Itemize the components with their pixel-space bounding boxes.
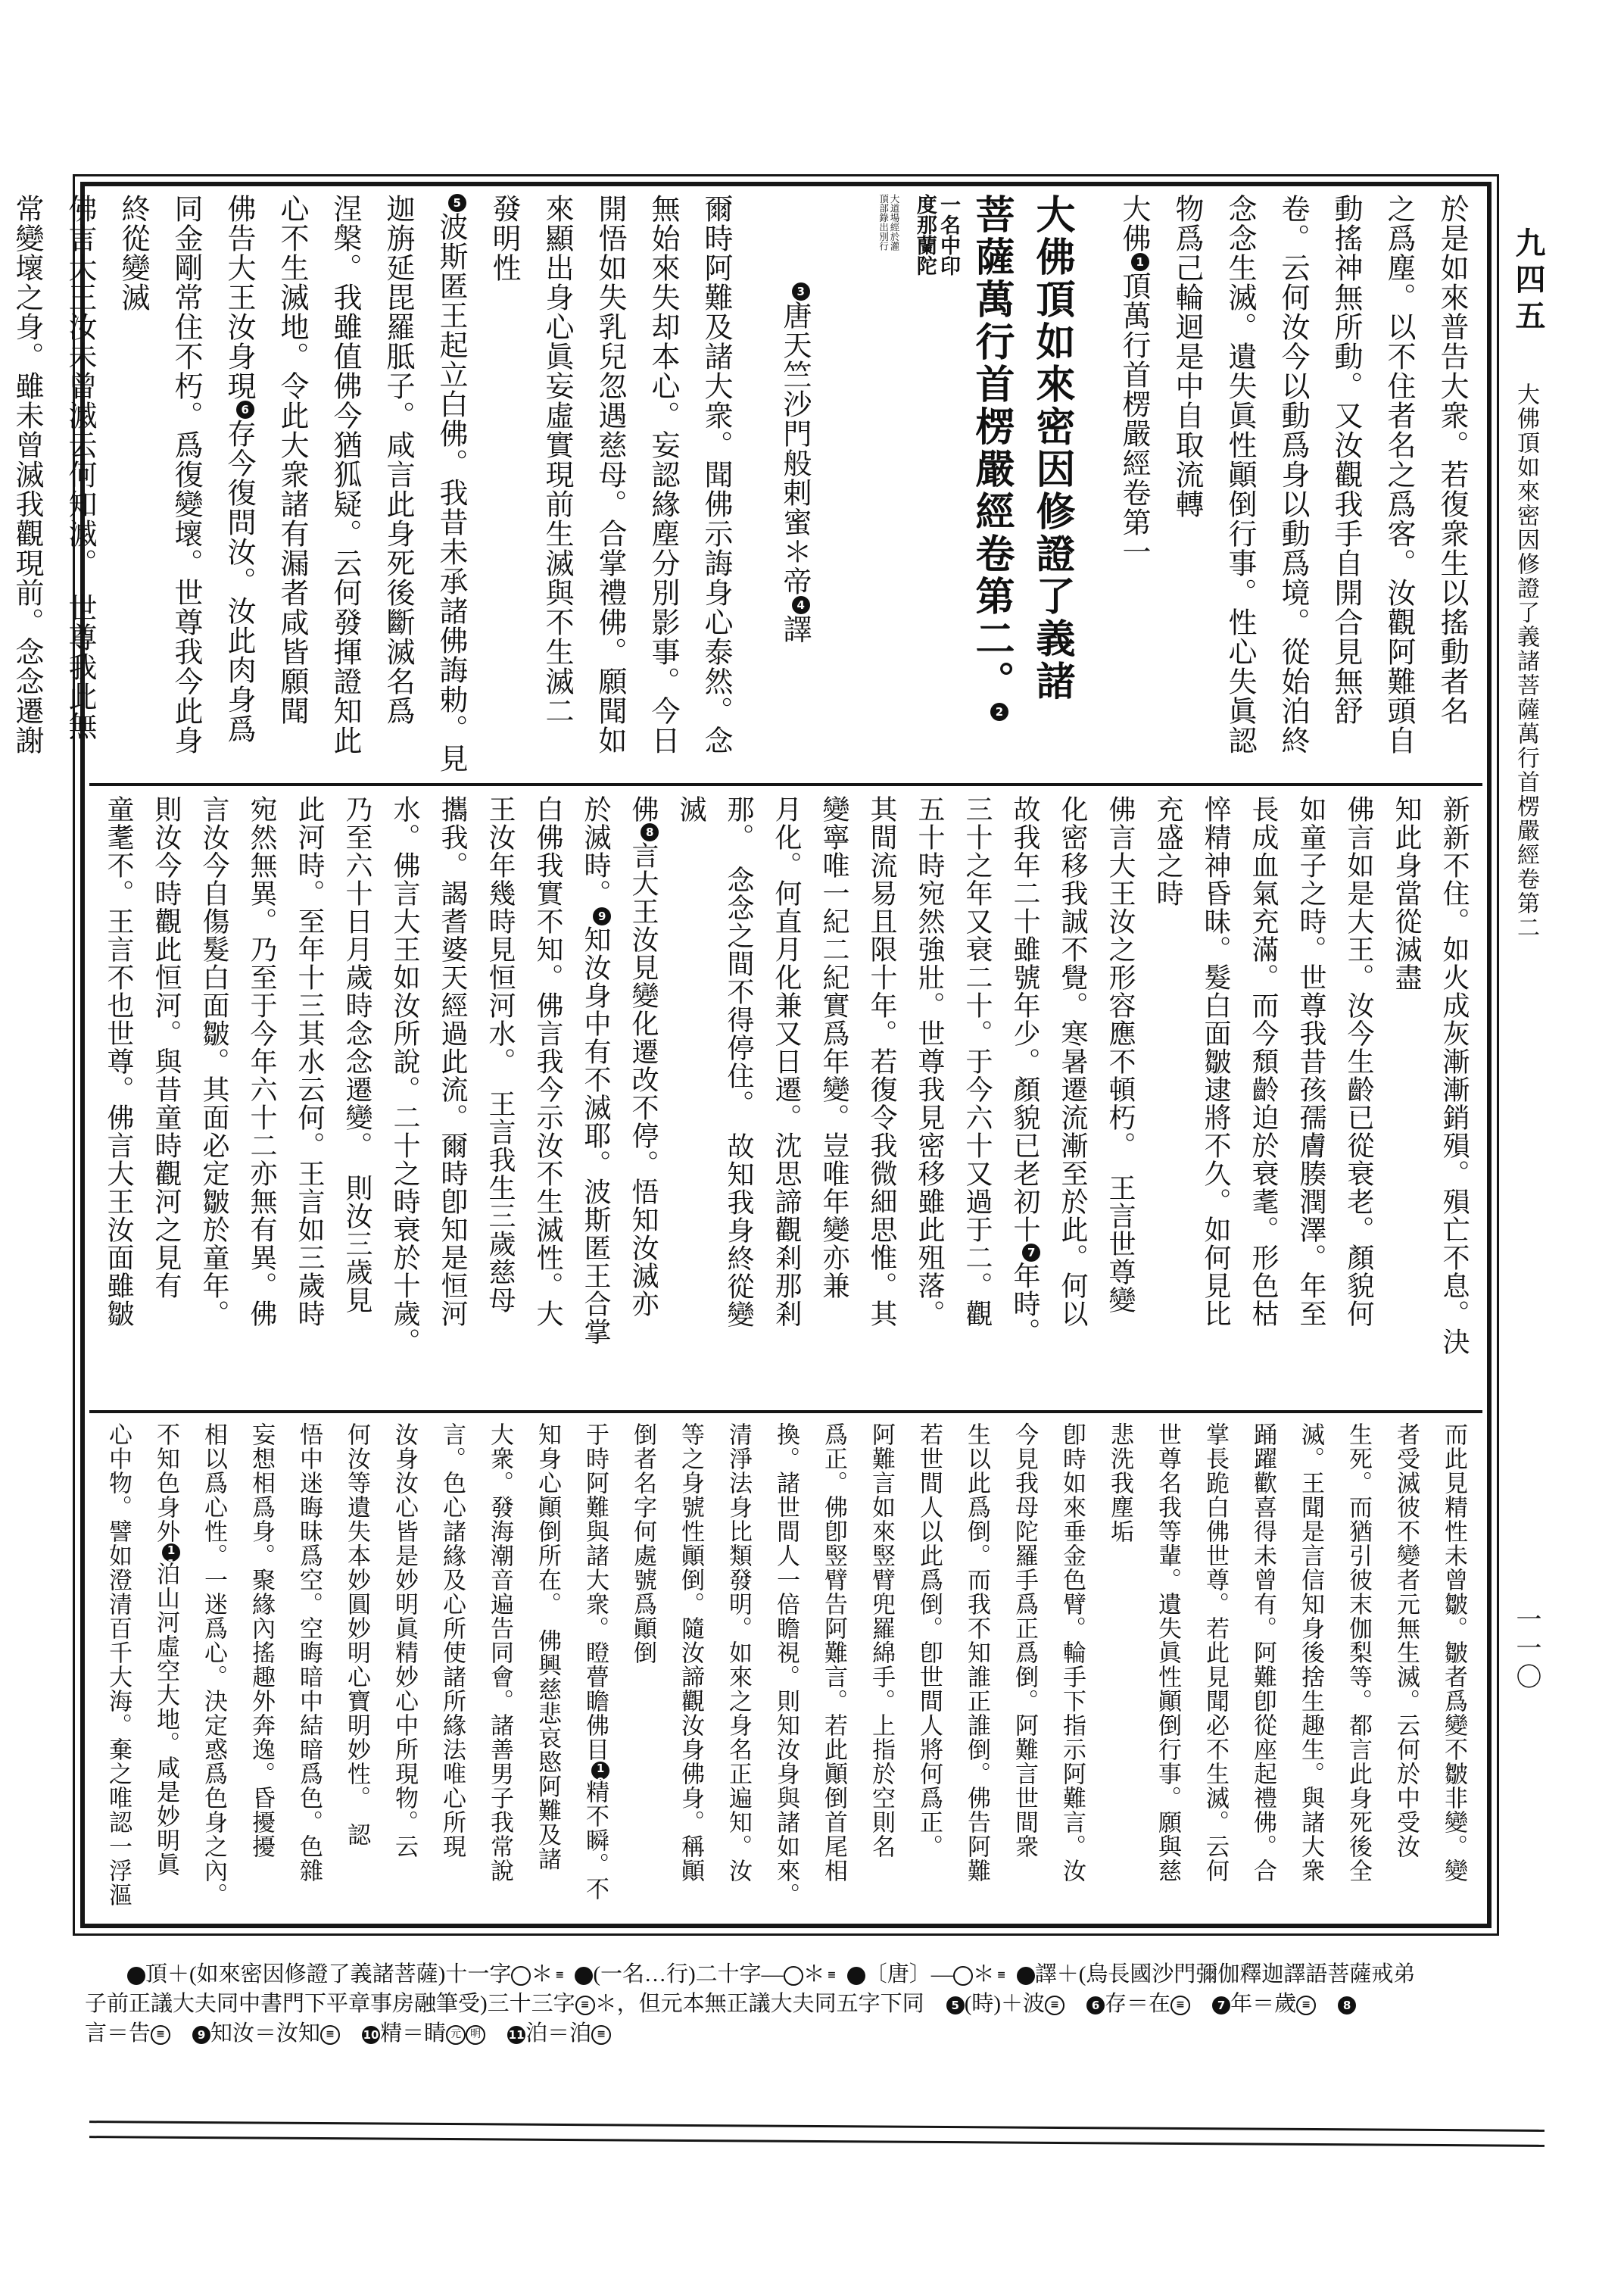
text-column: 阿難言如來竪臂兜羅綿手。上指於空則名	[858, 1422, 906, 1928]
text-column: 3唐天竺沙門般剌蜜＊帝4譯	[768, 194, 821, 782]
text-column: 三十之年又衰二十。于今六十又過于二。觀	[953, 795, 1001, 1406]
text-column: 發明性	[477, 194, 530, 782]
text-column: 念念生滅。遺失眞性顚倒行事。性心失眞認	[1213, 194, 1266, 782]
text-column: 若世間人以此爲倒。卽世間人將何爲正。	[906, 1422, 953, 1928]
footnote-marker-icon: 11	[162, 1543, 180, 1562]
editions-mark-icon: ≡	[1296, 1996, 1316, 2015]
text-column: 卽時如來垂金色臂。輪手下指示阿難言。汝	[1049, 1422, 1096, 1928]
text-frame-inner: 於是如來普告大衆。若復衆生以搖動者名之爲塵。以不住者名之爲客。汝觀阿難頭自動搖神…	[80, 182, 1492, 1928]
editions-mark-icon: ≡	[151, 2025, 170, 2045]
register-middle: 新新不住。如火成灰漸漸銷殞。殞亡不息。決知此身當從滅盡佛言如是大王。汝今生齡已從…	[95, 795, 1478, 1406]
text-column: 卷。云何汝今以動爲身以動爲境。從始泊終	[1266, 194, 1319, 782]
text-column: 生以此爲倒。而我不知誰正誰倒。佛告阿難	[953, 1422, 1001, 1928]
text-column: 知身心顚倒所在。 佛興慈悲哀愍阿難及諸	[524, 1422, 572, 1928]
text-column: 白佛我實不知。佛言我今示汝不生滅性。大	[524, 795, 572, 1406]
footnote-marker-icon: 11	[507, 2026, 525, 2044]
text-column: 生死。而猶引彼末伽梨等。都言此身死後全	[1335, 1422, 1382, 1928]
text-column: 心不生滅地。令此大衆諸有漏者咸皆願聞	[265, 194, 318, 782]
register-divider-rule	[89, 783, 1482, 786]
text-column: 5波斯匿王起立白佛。我昔未承諸佛誨勅。見	[424, 194, 477, 782]
text-column: 何汝等遺失本妙圓妙明心寶明妙性。 認	[333, 1422, 381, 1928]
text-column: 水。佛言大王如汝所說。二十之時衰於十歲。	[381, 795, 429, 1406]
text-column: 心中物。譬如澄清百千大海。棄之唯認一浮漚	[95, 1422, 142, 1928]
text-column: 大道場經於灌頂部錄出別行	[846, 194, 899, 782]
text-column: 佛言大王汝未曾滅云何知滅。 世尊我此無	[53, 194, 106, 782]
text-column: 大衆。發海潮音遍告同會。諸善男子我常說	[476, 1422, 524, 1928]
text-column: 不知色身外11泊山河虛空大地。咸是妙明眞	[142, 1422, 190, 1928]
register-bottom: 而此見精性未曾皺。皺者爲變不皺非變。變者受滅彼不變者元無生滅。云何於中受汝生死。…	[95, 1422, 1478, 1928]
text-column: 妄想相爲身。聚緣內搖趣外奔逸。昏擾擾	[238, 1422, 285, 1928]
text-column: 變寧唯一紀二紀實爲年變。豈唯年變亦兼	[810, 795, 858, 1406]
footnote-marker-icon: 10	[591, 1762, 609, 1780]
footnote-block: 1頂＋(如來密因修證了義諸菩薩)十一字≡＊ 2(一名…行)二十字―≡＊ 3〔唐〕…	[85, 1960, 1554, 2049]
register-divider-rule	[89, 1410, 1482, 1413]
text-column: 言。色心諸緣及心所使諸所緣法唯心所現	[429, 1422, 476, 1928]
footnote-marker-icon: 4	[792, 596, 810, 614]
edition-mark-icon: 元	[446, 2025, 466, 2045]
inline-annotation: 大道場經於灌頂部錄出別行	[877, 194, 899, 251]
editions-mark-icon: ≡	[575, 1996, 595, 2015]
margin-sutra-title: 大佛頂如來密因修證了義諸菩薩萬行首楞嚴經卷第二	[1509, 382, 1542, 940]
footnote-marker-icon: 7	[1022, 1244, 1040, 1262]
text-column: 化密移我誠不覺。寒暑遷流漸至於此。何以	[1049, 795, 1096, 1406]
footer-rule	[89, 2121, 1545, 2132]
text-column: 等之身號性顚倒。隨汝諦觀汝身佛身。稱顚	[667, 1422, 715, 1928]
footnote-line: 1頂＋(如來密因修證了義諸菩薩)十一字≡＊ 2(一名…行)二十字―≡＊ 3〔唐〕…	[85, 1960, 1554, 1990]
text-column: 知此身當從滅盡	[1382, 795, 1430, 1406]
footnote-marker-icon: 8	[1338, 1996, 1356, 2015]
text-column: 大佛頂如來密因修證了義諸	[1021, 194, 1081, 782]
footnote-marker-icon: 10	[362, 2026, 380, 2044]
text-column: 者受滅彼不變者元無生滅。云何於中受汝	[1382, 1422, 1430, 1928]
text-column: 相以爲心性。一迷爲心。決定惑爲色身之內。	[190, 1422, 238, 1928]
text-column: 迦旃延毘羅胝子。咸言此身死後斷滅名爲	[371, 194, 424, 782]
text-column: 佛言如是大王。汝今生齡已從衰老。顏貌何	[1335, 795, 1382, 1406]
scanned-sutra-page: { "margin": { "page_number": "九四五", "tit…	[0, 0, 1624, 2272]
text-column: 大佛1頂萬行首楞嚴經卷第一	[1107, 194, 1160, 782]
footnote-marker-icon: 6	[1086, 1996, 1105, 2015]
text-frame: 於是如來普告大衆。若復衆生以搖動者名之爲塵。以不住者名之爲客。汝觀阿難頭自動搖神…	[73, 174, 1499, 1936]
edition-mark-icon: 明	[466, 2025, 485, 2045]
footnote-line: 言＝告≡ 9知汝＝汝知≡ 10精＝睛元明 11泊＝洎≡	[85, 2019, 1554, 2049]
text-column: 悟中迷晦昧爲空。空晦暗中結暗爲色。色雜	[285, 1422, 333, 1928]
text-column: 其間流易且限十年。若復令我微細思惟。其	[858, 795, 906, 1406]
text-column: 則汝今時觀此恒河。與昔童時觀河之見有	[142, 795, 190, 1406]
text-column: 五十時宛然強壯。世尊我見密移雖此殂落。	[906, 795, 953, 1406]
text-column: 滅	[667, 795, 715, 1406]
editions-mark-icon: ≡	[1170, 1996, 1190, 2015]
text-column: 宛然無異。乃至于今年六十二亦無有異。佛	[238, 795, 285, 1406]
footnote-marker-icon: 2	[990, 703, 1008, 721]
text-column: 之爲塵。以不住者名之爲客。汝觀阿難頭自	[1372, 194, 1425, 782]
editions-mark-icon: ≡	[953, 1966, 973, 1986]
text-column: 充盛之時	[1144, 795, 1192, 1406]
text-column: 而此見精性未曾皺。皺者爲變不皺非變。變	[1430, 1422, 1478, 1928]
footnote-marker-icon: 7	[1212, 1996, 1230, 2015]
text-column: 言汝今自傷髮白面皺。其面必定皺於童年。	[190, 795, 238, 1406]
text-column: 於滅時。9知汝身中有不滅耶。波斯匿王合掌	[572, 795, 619, 1406]
text-column: 踊躍歡喜得未曾有。阿難卽從座起禮佛。合	[1239, 1422, 1287, 1928]
editions-mark-icon: ≡	[591, 2025, 611, 2045]
footnote-marker-icon: 2	[575, 1967, 593, 1985]
text-column: 于時阿難與諸大衆。瞪瞢瞻佛目10精不瞬。不	[572, 1422, 619, 1928]
text-column: 攜我。謁耆婆天經過此流。爾時卽知是恒河	[429, 795, 476, 1406]
footnote-line: 子前正議大夫同中書門下平章事房融筆受)三十三字≡＊，但元本無正議大夫同五字下同 …	[85, 1990, 1554, 2019]
footnote-marker-icon: 5	[946, 1996, 965, 2015]
footnote-marker-icon: 9	[593, 907, 611, 925]
editions-mark-icon: ≡	[1045, 1996, 1064, 2015]
text-column: 菩薩萬行首楞嚴經卷第二。2一名中印度那蘭陀	[899, 194, 1021, 782]
footnote-marker-icon: 9	[192, 2026, 210, 2044]
text-column: 佛言大王汝之形容應不頓朽。 王言世尊變	[1096, 795, 1144, 1406]
text-column: 汝身汝心皆是妙明眞精妙心中所現物。云	[381, 1422, 429, 1928]
text-column: 世尊名我等輩。遺失眞性顚倒行事。願與慈	[1144, 1422, 1192, 1928]
text-column: 如童子之時。世尊我昔孩孺膚腠潤澤。年至	[1287, 795, 1335, 1406]
text-column: 倒者名字何處號爲顚倒	[619, 1422, 667, 1928]
text-column: 於是如來普告大衆。若復衆生以搖動者名	[1425, 194, 1478, 782]
text-column: 涅槃。我雖值佛今猶狐疑。云何發揮證知此	[318, 194, 371, 782]
text-column: 月化。何直月化兼又日遷。沈思諦觀剎那剎	[762, 795, 810, 1406]
footnote-marker-icon: 6	[236, 401, 254, 419]
text-column: 故我年二十雖號年少。顏貌已老初十7年時。	[1001, 795, 1049, 1406]
text-column: 清淨法身比類發明。如來之身名正遍知。汝	[715, 1422, 762, 1928]
text-column: 佛告大王汝身現6存今復問汝。汝此肉身爲	[212, 194, 265, 782]
editions-mark-icon: ≡	[784, 1966, 803, 1986]
text-column: 童耄不。王言不也世尊。佛言大王汝面雖皺	[95, 795, 142, 1406]
register-top: 於是如來普告大衆。若復衆生以搖動者名之爲塵。以不住者名之爲客。汝觀阿難頭自動搖神…	[0, 194, 1478, 782]
footnote-marker-icon: 1	[1131, 253, 1149, 271]
text-column: 爾時阿難及諸大衆。聞佛示誨身心泰然。念	[689, 194, 742, 782]
text-column: 佛8言大王汝見變化遷改不停。悟知汝滅亦	[619, 795, 667, 1406]
text-column: 終從變滅	[106, 194, 159, 782]
text-column: 悲洗我塵垢	[1096, 1422, 1144, 1928]
text-column: 開悟如失乳兒忽遇慈母。合掌禮佛。願聞如	[583, 194, 636, 782]
page-number: 九四五	[1507, 227, 1550, 336]
editions-mark-icon: ≡	[511, 1966, 531, 1986]
inline-annotation: 一名中印度那蘭陀	[913, 194, 960, 276]
text-column: 那。 念念之間不得停住。 故知我身終從變	[715, 795, 762, 1406]
folio-number: 一一〇	[1507, 1606, 1545, 1692]
footnote-marker-icon: 3	[847, 1967, 865, 1985]
footer-rule	[89, 2136, 1545, 2147]
text-column: 動搖神無所動。又汝觀我手自開合見無舒	[1319, 194, 1372, 782]
editions-mark-icon: ≡	[320, 2025, 340, 2045]
footnote-marker-icon: 4	[1017, 1967, 1035, 1985]
text-column: 王汝年幾時見恒河水。 王言我生三歲慈母	[476, 795, 524, 1406]
text-column: 新新不住。如火成灰漸漸銷殞。殞亡不息。決	[1430, 795, 1478, 1406]
text-column: 掌長跪白佛世尊。若此見聞必不生滅。云何	[1192, 1422, 1239, 1928]
footnote-marker-icon: 1	[127, 1967, 145, 1985]
text-column: 長成血氣充滿。而今頹齡迫於衰耄。形色枯	[1239, 795, 1287, 1406]
footnote-marker-icon: 8	[641, 823, 659, 841]
text-column: 乃至六十日月歲時念念遷變。 則汝三歲見	[333, 795, 381, 1406]
text-column: 悴精神昏昧。髮白面皺逮將不久。如何見比	[1192, 795, 1239, 1406]
text-column: 物爲己輪迴是中自取流轉	[1160, 194, 1213, 782]
text-column: 此河時。至年十三其水云何。王言如三歲時	[285, 795, 333, 1406]
text-column: 換。諸世間人一倍瞻視。則知汝身與諸如來。	[762, 1422, 810, 1928]
text-column: 常變壞之身。雖未曾滅我觀現前。念念遷謝	[0, 194, 53, 782]
text-column: 同金剛常住不朽。爲復變壞。世尊我今此身	[159, 194, 212, 782]
footnote-marker-icon: 5	[448, 194, 466, 212]
text-column: 今見我母陀羅手爲正爲倒。阿難言世間衆	[1001, 1422, 1049, 1928]
footnote-marker-icon: 3	[792, 282, 810, 301]
text-column: 無始來失却本心。妄認緣塵分別影事。今日	[636, 194, 689, 782]
text-column: 來顯出身心眞妄虛實現前生滅與不生滅二	[530, 194, 583, 782]
text-column: 滅。王聞是言信知身後捨生趣生。與諸大衆	[1287, 1422, 1335, 1928]
text-column: 爲正。佛卽竪臂告阿難言。若此顚倒首尾相	[810, 1422, 858, 1928]
